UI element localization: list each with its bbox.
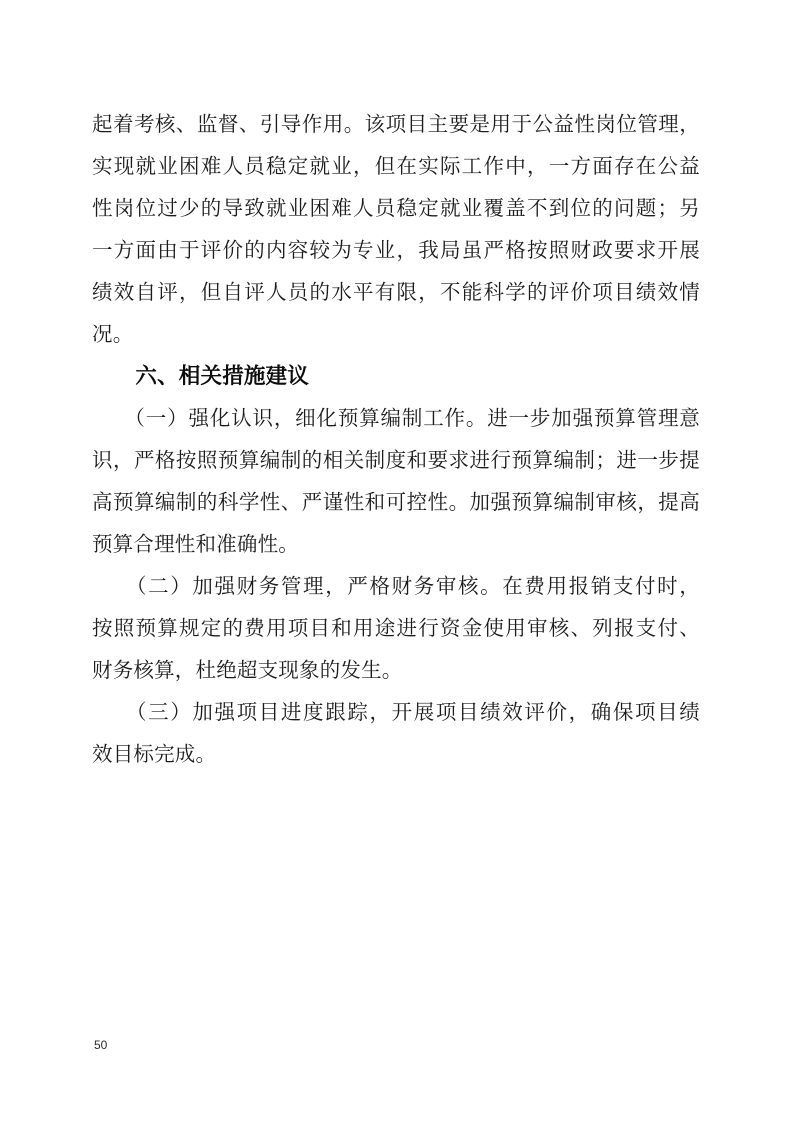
text-line: 高预算编制的科学性、严谨性和可控性。加强预算编制审核，提高 — [92, 482, 700, 524]
text-line: （三）加强项目进度跟踪，开展项目绩效评价，确保项目绩 — [92, 692, 700, 734]
text-line: 六、相关措施建议 — [92, 356, 700, 398]
paragraph: （二）加强财务管理，严格财务审核。在费用报销支付时，按照预算规定的费用项目和用途… — [92, 566, 700, 692]
text-line: 预算合理性和准确性。 — [92, 524, 700, 566]
section-heading: 六、相关措施建议 — [92, 356, 700, 398]
text-line: 财务核算，杜绝超支现象的发生。 — [92, 650, 700, 692]
page-number: 50 — [94, 1038, 107, 1052]
text-line: 起着考核、监督、引导作用。该项目主要是用于公益性岗位管理， — [92, 104, 700, 146]
text-line: 一方面由于评价的内容较为专业，我局虽严格按照财政要求开展 — [92, 230, 700, 272]
text-line: 实现就业困难人员稳定就业，但在实际工作中，一方面存在公益 — [92, 146, 700, 188]
text-line: （二）加强财务管理，严格财务审核。在费用报销支付时， — [92, 566, 700, 608]
text-line: 况。 — [92, 314, 700, 356]
paragraph: （一）强化认识，细化预算编制工作。进一步加强预算管理意识，严格按照预算编制的相关… — [92, 398, 700, 566]
text-line: 绩效自评，但自评人员的水平有限，不能科学的评价项目绩效情 — [92, 272, 700, 314]
paragraph: 起着考核、监督、引导作用。该项目主要是用于公益性岗位管理，实现就业困难人员稳定就… — [92, 104, 700, 356]
paragraph: （三）加强项目进度跟踪，开展项目绩效评价，确保项目绩效目标完成。 — [92, 692, 700, 776]
text-line: 效目标完成。 — [92, 734, 700, 776]
text-line: 性岗位过少的导致就业困难人员稳定就业覆盖不到位的问题；另 — [92, 188, 700, 230]
document-page: 起着考核、监督、引导作用。该项目主要是用于公益性岗位管理，实现就业困难人员稳定就… — [0, 0, 794, 1122]
text-line: （一）强化认识，细化预算编制工作。进一步加强预算管理意 — [92, 398, 700, 440]
text-line: 识，严格按照预算编制的相关制度和要求进行预算编制；进一步提 — [92, 440, 700, 482]
page-body: 起着考核、监督、引导作用。该项目主要是用于公益性岗位管理，实现就业困难人员稳定就… — [92, 104, 700, 776]
text-line: 按照预算规定的费用项目和用途进行资金使用审核、列报支付、 — [92, 608, 700, 650]
